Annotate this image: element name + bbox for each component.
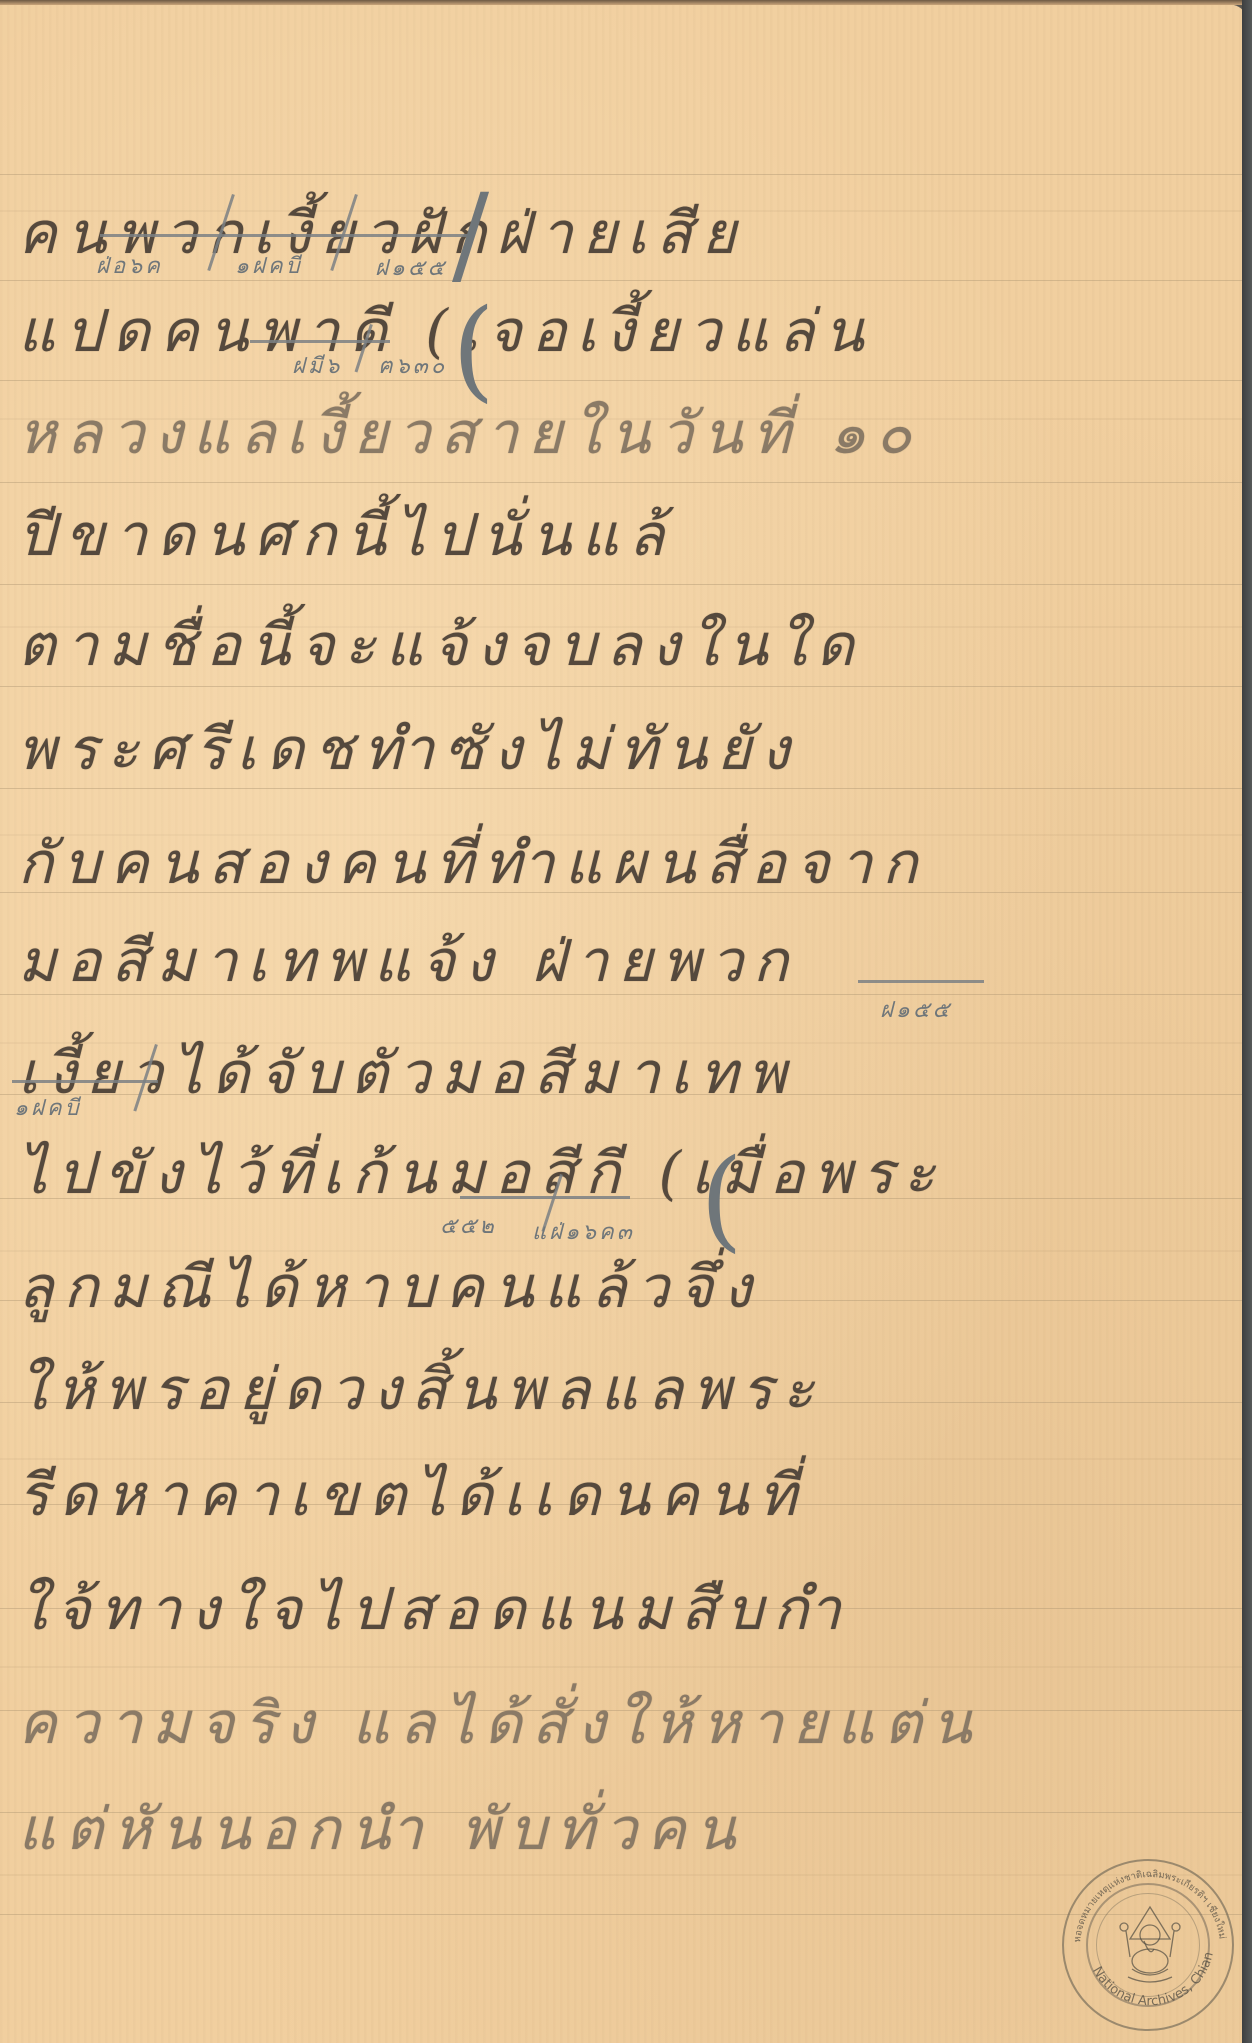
handwritten-line: มอสีมาเทพแจ้ง ฝ่ายพวก — [18, 932, 798, 990]
pencil-parenthesis: ( — [700, 1144, 743, 1254]
handwritten-line: ใจ้ทางใจไปสอดแนมสืบกำ — [18, 1580, 851, 1638]
page-top-edge — [0, 0, 1252, 5]
handwritten-line: พระศรีเดชทำซังไม่ทันยัง — [18, 720, 799, 778]
pencil-gloss: ฝ๑๕๕ — [375, 250, 447, 285]
ruled-line — [0, 280, 1244, 281]
manuscript-page: คนพวกเงี้ยวฝักฝ่ายเสีย แปดคนพาดี (เจอเงี… — [0, 4, 1244, 2043]
stamp-thai-text: หอจดหมายเหตุแห่งชาติเฉลิมพระเกียรติฯ เชี… — [1072, 1869, 1227, 1943]
handwritten-line: ให้พรอยู่ดวงสิ้นพลแลพระ — [18, 1360, 824, 1418]
page-right-edge — [1242, 0, 1252, 2043]
ruled-line — [0, 482, 1244, 483]
handwritten-line: เงี้ยวได้จับตัวมอสีมาเทพ — [18, 1044, 796, 1102]
ruled-line — [0, 380, 1244, 381]
handwritten-line: กับคนสองคนที่ทำแผนสื่อจาก — [18, 834, 927, 892]
handwritten-line: ตามชื่อนี้จะแจ้งจบลงในใด — [18, 616, 864, 674]
pencil-gloss: ๕๕๒ — [440, 1208, 497, 1243]
ruled-line — [0, 788, 1244, 789]
handwritten-line: ความจริง แลได้สั่งให้หายแต่น — [18, 1694, 982, 1752]
pencil-gloss: ฝ๑๕๕ — [880, 992, 952, 1027]
ruled-line — [0, 174, 1244, 175]
pencil-gloss: ฝ่อ๖ค — [96, 248, 163, 283]
gloss-underline — [100, 234, 474, 237]
pencil-gloss: ๑ฝคบี — [235, 248, 303, 283]
handwritten-line: ลูกมณีได้หาบคนแล้วจึ่ง — [18, 1258, 761, 1316]
svg-text:หอจดหมายเหตุแห่งชาติเฉลิมพระเก: หอจดหมายเหตุแห่งชาติเฉลิมพระเกียรติฯ เชี… — [1072, 1869, 1227, 1943]
pencil-gloss: ฅ๖๓๐ — [378, 348, 447, 383]
pencil-parenthesis: / — [452, 179, 489, 289]
ganesha-emblem-icon — [1120, 1907, 1180, 1982]
handwritten-line: รีดหาคาเขตได้เเดนคนที่ — [18, 1466, 807, 1524]
ruled-line — [0, 584, 1244, 585]
handwritten-line: ไปขังไว้ที่เก้นมอสีกี (เมื่อพระ — [18, 1144, 945, 1202]
national-archives-stamp: หอจดหมายเหตุแห่งชาติเฉลิมพระเกียรติฯ เชี… — [1062, 1859, 1234, 2031]
pencil-gloss: แฝ่๑๖ค๓ — [532, 1214, 635, 1249]
handwritten-line: ปีขาดนศกนี้ไปนั่นแล้ — [18, 506, 674, 564]
gloss-underline — [460, 1196, 630, 1199]
gloss-underline — [858, 980, 984, 983]
stamp-ring-text-icon: หอจดหมายเหตุแห่งชาติเฉลิมพระเกียรติฯ เชี… — [1064, 1861, 1236, 2033]
gloss-underline — [12, 1080, 158, 1083]
ruled-line — [0, 686, 1244, 687]
pencil-gloss: ๑ฝคบี — [14, 1090, 82, 1125]
pencil-parenthesis: ( — [452, 294, 495, 404]
gloss-underline — [250, 340, 390, 343]
pencil-gloss: ฝมี๖ — [292, 348, 342, 383]
handwritten-line: แต่หันนอกนำ พับทั่วคน — [18, 1800, 745, 1858]
ruled-line — [0, 1914, 1244, 1915]
